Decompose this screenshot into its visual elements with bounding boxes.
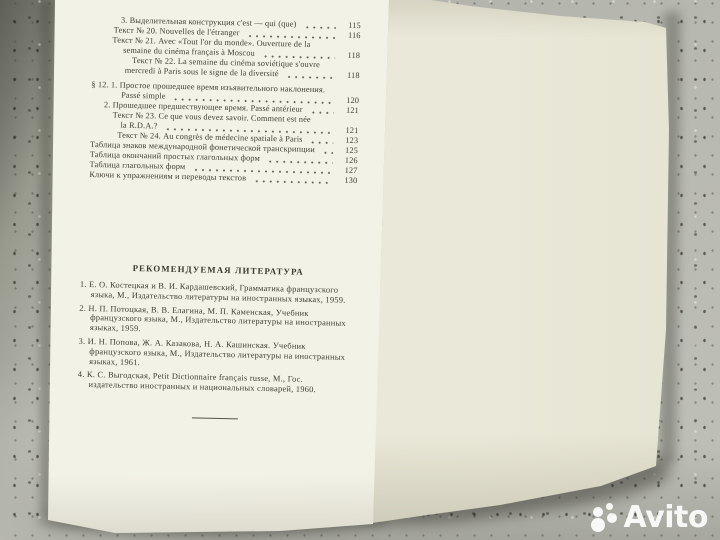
avito-watermark: Avito (591, 503, 708, 533)
toc-page-number: 115 (339, 21, 361, 31)
toc-page-number: 120 (337, 96, 359, 106)
dot-leader (286, 69, 335, 79)
dot-leader (262, 49, 335, 60)
avito-logo-icon (591, 503, 619, 533)
toc-page-number: 116 (338, 31, 360, 41)
page-content: 3. Выделительная конструкция c'est — qui… (84, 15, 361, 422)
dot-leader (303, 20, 336, 30)
avito-logo-circle (607, 513, 617, 523)
toc-page-number: 127 (335, 166, 357, 176)
bibliography-entry: 1. Е. О. Костецкая и В. И. Кардашевский,… (80, 280, 356, 306)
toc-page-number: 118 (338, 51, 360, 61)
toc-page-number: 125 (336, 146, 358, 156)
toc-page-number: 130 (335, 176, 357, 186)
dot-leader (267, 154, 333, 164)
toc-page-number: 126 (336, 156, 358, 166)
toc-entry-text: Ключи к упражнениям и переводы текстов (89, 170, 246, 184)
avito-wordmark: Avito (624, 503, 708, 533)
dot-leader (253, 174, 332, 185)
bibliography-heading: РЕКОМЕНДУЕМАЯ ЛИТЕРАТУРА (80, 262, 356, 278)
toc-page-number: 121 (337, 106, 359, 116)
table-of-contents: 3. Выделительная конструкция c'est — qui… (89, 15, 361, 186)
toc-page-number: 118 (338, 71, 360, 81)
section-divider (192, 417, 238, 419)
dot-leader (310, 105, 334, 115)
avito-logo-circle (593, 507, 603, 517)
bibliography-entry: 4. К. С. Выгодская, Petit Dictionnaire f… (77, 370, 353, 396)
dot-leader (309, 135, 333, 145)
book-photo-scene: 3. Выделительная конструкция c'est — qui… (0, 0, 720, 540)
bibliography-section: РЕКОМЕНДУЕМАЯ ЛИТЕРАТУРА 1. Е. О. Костец… (77, 262, 356, 422)
avito-logo-circle (591, 518, 605, 532)
dot-leader (322, 145, 333, 154)
toc-page-number: 121 (336, 126, 358, 136)
bibliography-list: 1. Е. О. Костецкая и В. И. Кардашевский,… (77, 280, 355, 396)
bibliography-entry: 2. Н. П. Потоцкая, В. В. Елагина, М. П. … (79, 303, 356, 339)
toc-entry-text: mercredi à Paris sous le signe de la div… (125, 66, 279, 79)
toc-page-number: 123 (336, 136, 358, 146)
bibliography-entry: 3. И. Н. Попова, Ж. А. Казакова, Н. А. К… (78, 337, 355, 373)
avito-logo-circle (606, 503, 613, 510)
